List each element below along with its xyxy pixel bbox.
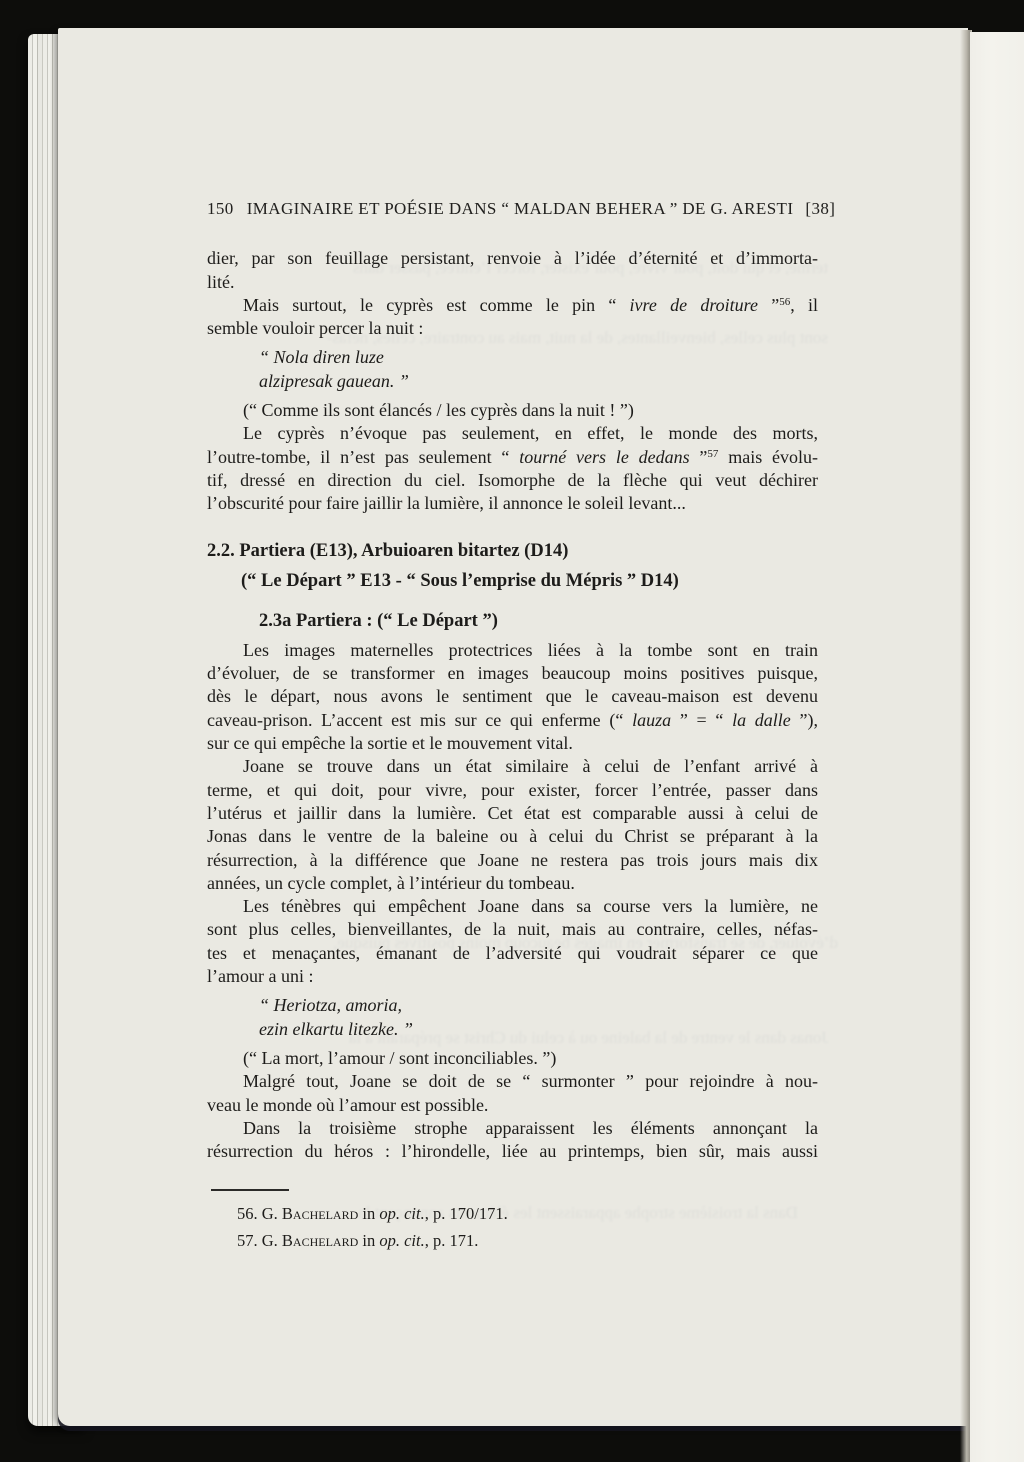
text-line: Joane se trouve dans un état similaire à… [207,755,818,778]
text-line: Malgré tout, Joane se doit de se “ surmo… [207,1070,818,1093]
text-segment: Mais surtout, le cyprès est comme le pin… [243,295,630,315]
italic-segment: lauza [632,710,671,730]
text-segment: 57. G. [237,1231,282,1250]
text-line: caveau-prison. L’accent est mis sur ce q… [207,709,818,732]
italic-segment: op. cit. [379,1204,424,1223]
text-line: sont plus celles, bienveillantes, de la … [207,918,818,941]
text-line: résurrection du héros : l’hirondelle, li… [207,1140,818,1163]
text-segment: ”), [791,710,818,730]
text-segment: in [358,1204,379,1223]
text-line: sur ce qui empêche la sortie et le mouve… [207,732,818,755]
paragraph: Les images maternelles protectrices liée… [207,639,818,755]
footnote-marker: 56 [779,296,790,308]
text-line: Le cyprès n’évoque pas seulement, en eff… [207,422,818,445]
text-line: l’amour a uni : [207,965,818,988]
text-line: terme, et qui doit, pour vivre, pour exi… [207,779,818,802]
footnote-separator [211,1189,289,1191]
paragraph: Mais surtout, le cyprès est comme le pin… [207,294,818,341]
text-segment: ” [758,295,779,315]
italic-segment: la dalle [732,710,791,730]
text-segment: caveau-prison. L’accent est mis sur ce q… [207,710,632,730]
verse-quote: “ Heriotza, amoria, ezin elkartu litezke… [259,994,818,1041]
text-line: d’évoluer, de se transformer en images b… [207,662,818,685]
page-number: 150 [207,197,234,220]
facing-page-edge [970,32,1024,1462]
translation-line: (“ La mort, l’amour / sont inconciliable… [207,1047,818,1070]
paragraph: Les ténèbres qui empêchent Joane dans sa… [207,895,818,988]
heading-line: 2.2. Partiera (E13), Arbuioaren bitartez… [207,536,818,566]
smallcaps-segment: Bachelard [282,1204,358,1223]
verse-quote: “ Nola diren luze alzipresak gauean. ” [259,346,818,393]
footnote-marker: 57 [707,448,718,460]
smallcaps-segment: Bachelard [282,1231,358,1250]
paragraph: Le cyprès n’évoque pas seulement, en eff… [207,422,818,515]
scanned-book-page: terme, et qui doit, pour vivre, pour exi… [58,28,968,1426]
section-heading-2-2: 2.2. Partiera (E13), Arbuioaren bitartez… [207,536,818,596]
italic-segment: ivre de droiture [630,295,758,315]
italic-segment: tourné vers le dedans [519,447,689,467]
paragraph: Joane se trouve dans un état similaire à… [207,755,818,895]
text-line: Les images maternelles protectrices liée… [207,639,818,662]
verse-line: “ Nola diren luze [259,346,818,369]
footnote-57: 57. G. Bachelard in op. cit., p. 171. [207,1227,818,1254]
running-header: 150 IMAGINAIRE ET POÉSIE DANS “ MALDAN B… [207,197,818,220]
text-segment: l’outre-tombe, il n’est pas seulement “ [207,447,519,467]
text-segment: , p. 171. [425,1231,479,1250]
text-column: 150 IMAGINAIRE ET POÉSIE DANS “ MALDAN B… [207,197,818,1254]
text-line: dès le départ, nous avons le sentiment q… [207,685,818,708]
text-line: Dans la troisième strophe apparaissent l… [207,1117,818,1140]
verse-line: “ Heriotza, amoria, [259,994,818,1017]
text-line: tes et menaçantes, émanant de l’adversit… [207,942,818,965]
verse-line: alzipresak gauean. ” [259,370,818,393]
text-line: dier, par son feuillage persistant, renv… [207,247,818,270]
text-line: Mais surtout, le cyprès est comme le pin… [207,294,818,317]
paragraph: Dans la troisième strophe apparaissent l… [207,1117,818,1164]
text-line: l’utérus et jaillir dans la lumière. Cet… [207,802,818,825]
text-segment: , p. 170/171. [425,1204,508,1223]
italic-segment: op. cit. [379,1231,424,1250]
text-line: semble vouloir percer la nuit : [207,317,818,340]
paragraph: Malgré tout, Joane se doit de se “ surmo… [207,1070,818,1117]
footnotes: 56. G. Bachelard in op. cit., p. 170/171… [207,1189,818,1254]
text-line: lité. [207,271,818,294]
running-title: IMAGINAIRE ET POÉSIE DANS “ MALDAN BEHER… [247,197,794,220]
issue-reference: [38] [805,197,835,220]
text-line: résurrection, à la différence que Joane … [207,849,818,872]
text-line: l’obscurité pour faire jaillir la lumièr… [207,492,818,515]
section-heading-2-3a: 2.3a Partiera : (“ Le Départ ”) [259,610,818,633]
text-line: Jonas dans le ventre de la baleine ou à … [207,825,818,848]
text-segment: ” [690,447,708,467]
text-segment: in [358,1231,379,1250]
translation-line: (“ Comme ils sont élancés / les cyprès d… [207,399,818,422]
paragraph: dier, par son feuillage persistant, renv… [207,247,818,294]
text-segment: 56. G. [237,1204,282,1223]
text-line: veau le monde où l’amour est possible. [207,1094,818,1117]
footnote-56: 56. G. Bachelard in op. cit., p. 170/171… [207,1200,818,1227]
text-segment: , il [790,295,818,315]
text-line: l’outre-tombe, il n’est pas seulement “ … [207,446,818,469]
text-segment: ” = “ [671,710,732,730]
verse-line: ezin elkartu litezke. ” [259,1018,818,1041]
text-line: Les ténèbres qui empêchent Joane dans sa… [207,895,818,918]
text-segment: mais évolu- [718,447,818,467]
text-line: tif, dressé en direction du ciel. Isomor… [207,469,818,492]
heading-line: (“ Le Départ ” E13 - “ Sous l’emprise du… [241,566,818,596]
text-line: années, un cycle complet, à l’intérieur … [207,872,818,895]
